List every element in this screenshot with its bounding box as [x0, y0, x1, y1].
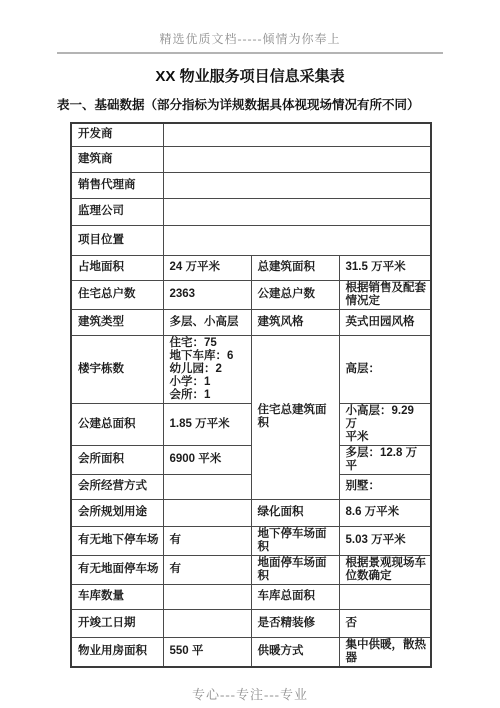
header-watermark: 精选优质文档-----倾情为你奉上	[0, 0, 500, 47]
value-cell	[163, 225, 431, 255]
value-cell: 24 万平米	[163, 255, 251, 280]
value-cell: 高层：	[339, 335, 431, 403]
label-cell: 会所面积	[71, 445, 163, 474]
value-cell: 住宅：75 地下车库：6 幼儿园：2 小学：1 会所：1	[163, 335, 251, 403]
table-row: 项目位置	[71, 225, 431, 255]
value-cell	[163, 499, 251, 526]
value-cell: 多层：12.8 万平	[339, 445, 431, 474]
label-cell: 地面停车场面积	[251, 555, 339, 584]
table-row: 物业用房面积 550 平 供暖方式 集中供暖，散热 器	[71, 637, 431, 667]
label-cell: 会所经营方式	[71, 474, 163, 499]
value-cell: 多层、小高层	[163, 309, 251, 335]
label-cell: 住宅总户数	[71, 280, 163, 309]
label-cell: 监理公司	[71, 198, 163, 225]
value-cell: 根据销售及配套 情况定	[339, 280, 431, 309]
label-cell: 公建总面积	[71, 403, 163, 445]
table-row: 销售代理商	[71, 172, 431, 198]
value-cell: 2363	[163, 280, 251, 309]
label-cell: 项目位置	[71, 225, 163, 255]
value-cell	[163, 474, 251, 499]
value-cell: 有	[163, 555, 251, 584]
table-row: 建筑商	[71, 146, 431, 172]
footer-watermark: 专心---专注---专业	[0, 684, 500, 703]
label-cell: 车库总面积	[251, 584, 339, 609]
label-cell: 会所规划用途	[71, 499, 163, 526]
value-cell: 31.5 万平米	[339, 255, 431, 280]
label-cell: 是否精装修	[251, 609, 339, 637]
label-cell: 开竣工日期	[71, 609, 163, 637]
value-cell	[163, 146, 431, 172]
table-row: 监理公司	[71, 198, 431, 225]
table-row: 建筑类型 多层、小高层 建筑风格 英式田园风格	[71, 309, 431, 335]
label-cell: 公建总户数	[251, 280, 339, 309]
value-cell: 550 平	[163, 637, 251, 667]
label-cell: 车库数量	[71, 584, 163, 609]
value-cell: 有	[163, 526, 251, 555]
header-divider	[57, 52, 443, 54]
value-cell	[163, 172, 431, 198]
label-cell: 物业用房面积	[71, 637, 163, 667]
label-cell: 建筑风格	[251, 309, 339, 335]
value-cell: 8.6 万平米	[339, 499, 431, 526]
basic-data-table: 开发商 建筑商 销售代理商 监理公司 项目位置 占地面积 24 万平米 总建筑面…	[70, 122, 432, 668]
label-cell: 有无地面停车场	[71, 555, 163, 584]
label-cell: 建筑商	[71, 146, 163, 172]
table-row: 会所规划用途 绿化面积 8.6 万平米	[71, 499, 431, 526]
table-row: 住宅总户数 2363 公建总户数 根据销售及配套 情况定	[71, 280, 431, 309]
value-cell	[163, 609, 251, 637]
table-row: 开竣工日期 是否精装修 否	[71, 609, 431, 637]
value-cell: 小高层：9.29 万 平米	[339, 403, 431, 445]
value-cell: 英式田园风格	[339, 309, 431, 335]
table-caption: 表一、基础数据（部分指标为详规数据具体视现场情况有所不同）	[57, 95, 500, 113]
value-cell: 5.03 万平米	[339, 526, 431, 555]
value-cell: 集中供暖，散热 器	[339, 637, 431, 667]
value-cell: 否	[339, 609, 431, 637]
value-cell: 别墅：	[339, 474, 431, 499]
table-row: 车库数量 车库总面积	[71, 584, 431, 609]
label-cell: 占地面积	[71, 255, 163, 280]
label-cell: 有无地下停车场	[71, 526, 163, 555]
label-cell: 开发商	[71, 123, 163, 146]
table-row: 楼宇栋数 住宅：75 地下车库：6 幼儿园：2 小学：1 会所：1 住宅总建筑面…	[71, 335, 431, 403]
value-cell	[163, 198, 431, 225]
value-cell: 根据景观现场车 位数确定	[339, 555, 431, 584]
value-cell	[163, 584, 251, 609]
value-cell	[163, 123, 431, 146]
label-cell: 楼宇栋数	[71, 335, 163, 403]
label-cell: 建筑类型	[71, 309, 163, 335]
label-cell: 绿化面积	[251, 499, 339, 526]
page-title: XX 物业服务项目信息采集表	[0, 65, 500, 86]
table-row: 开发商	[71, 123, 431, 146]
value-cell: 1.85 万平米	[163, 403, 251, 445]
table-row: 有无地下停车场 有 地下停车场面积 5.03 万平米	[71, 526, 431, 555]
label-cell: 地下停车场面积	[251, 526, 339, 555]
table-row: 有无地面停车场 有 地面停车场面积 根据景观现场车 位数确定	[71, 555, 431, 584]
label-cell: 住宅总建筑面积	[251, 335, 339, 499]
table-row: 占地面积 24 万平米 总建筑面积 31.5 万平米	[71, 255, 431, 280]
label-cell: 供暖方式	[251, 637, 339, 667]
value-cell: 6900 平米	[163, 445, 251, 474]
value-cell	[339, 584, 431, 609]
label-cell: 总建筑面积	[251, 255, 339, 280]
label-cell: 销售代理商	[71, 172, 163, 198]
